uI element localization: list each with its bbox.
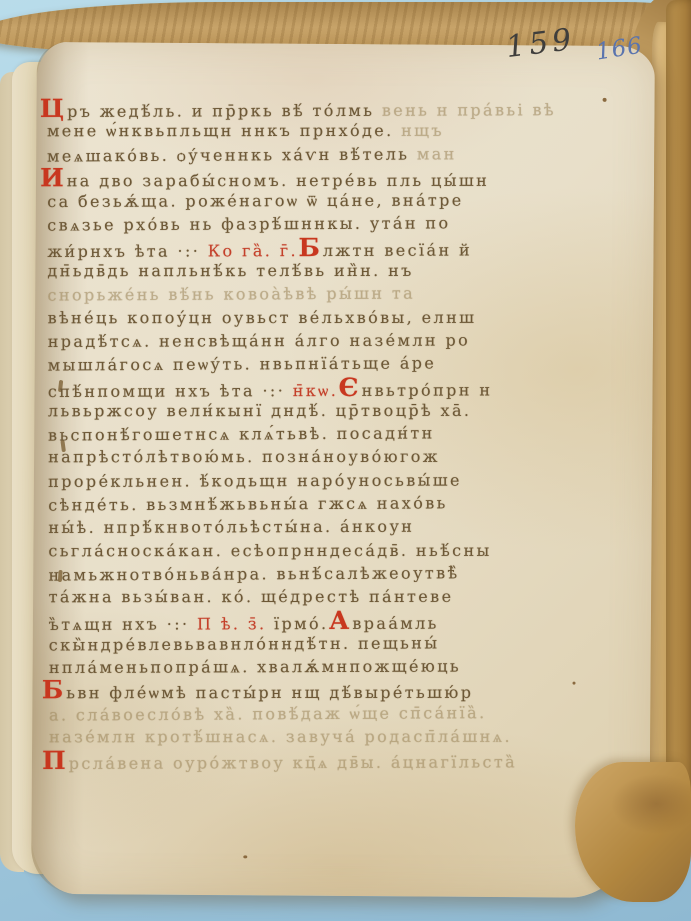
text-line: свѧзье рхо́вь нь фазрѣ́шннкы. ута́н по bbox=[47, 211, 607, 237]
ink-text: ман bbox=[417, 144, 457, 163]
ink-text: рсла́вена оуро́жтвоу кц̄ѧ дв̄ы. а́цнагїл… bbox=[69, 753, 517, 774]
ink-text: меѧшако́вь. ѻу́ченнкь ха́ѵн вѣ́тель bbox=[47, 144, 417, 165]
text-line: Цръ жедѣ́ль. и пр̄ркь вѣ́ то́лмь вень н … bbox=[47, 95, 607, 120]
text-line: са безьѫ́ща. роже́нагоѡ ѿ ца́не, вна́тре bbox=[47, 188, 607, 213]
ink-text: нпла́меньпопра́шѧ. хвалѫ́мнпожще́юць bbox=[49, 657, 461, 677]
ink-speck bbox=[243, 855, 247, 858]
ink-text: вьспонѣ́гошетнсѧ клѧ́тьвѣ. посадн́тн bbox=[48, 424, 435, 445]
rubric-initial: Б bbox=[298, 233, 320, 262]
text-line: Ина дво зарабы́сномъ. нетре́вь пль цы́шн bbox=[47, 166, 607, 190]
text-line: напрѣсто́лѣтвою́мь. позна́ноуво́югож bbox=[48, 445, 608, 469]
rubric-initial: Б bbox=[42, 676, 64, 705]
ink-text: проре́кльнен. ѣ́кодьщн наро́уносьвы́ше bbox=[48, 470, 462, 490]
ink-text: а. сла́воесло́вѣ ха̏. повѣ́даж ѡ́ще сп̄с… bbox=[49, 703, 487, 724]
ink-text: мышла́госѧ пеѡу́ть. нвьпнїа́тьще а́ре bbox=[48, 354, 437, 375]
ink-text: свѧзье рхо́вь нь фазрѣ́шннкы. ута́н по bbox=[47, 214, 450, 235]
rubric-initial: И bbox=[40, 163, 65, 192]
ink-text: враа́мль bbox=[352, 613, 439, 632]
ink-text: мене ѡ́нквьпльщн ннкъ прнхо́де. bbox=[47, 121, 401, 140]
ink-text: вень н пра́вьі вѣ bbox=[382, 100, 556, 120]
ink-text: ьвн фле́ѡмѣ пасты́рн нщ дѣ́выре́тьшю́р bbox=[66, 683, 473, 702]
rubric-initial: А bbox=[329, 605, 350, 634]
ink-text: назе́млн кротѣ́шнасѧ. завуча́ родасп̄ла́… bbox=[49, 727, 512, 746]
text-line: вѣне́ць копоу́цн оувьст ве́льхво́вы, елн… bbox=[48, 305, 608, 329]
rubric-text: н̄кѡ. bbox=[293, 381, 346, 400]
text-line: Прсла́вена оуро́жтвоу кц̄ѧ дв̄ы. а́цнагї… bbox=[49, 747, 609, 772]
ink-text: жи́рнхъ ѣта ·:· bbox=[47, 241, 207, 261]
ink-text: ны́ѣ. нпрѣ́кнвото́льѣсты́на. а́нкоун bbox=[48, 517, 414, 537]
text-line: жи́рнхъ ѣта ·:· Ко га̏. г̄. Блжтн весїа́… bbox=[47, 235, 607, 260]
ink-text: ръ жедѣ́ль. и пр̄ркь вѣ́ то́лмь bbox=[67, 101, 382, 121]
ink-text: напрѣсто́лѣтвою́мь. позна́ноуво́югож bbox=[48, 447, 440, 466]
text-line: дн̄ьдв̄дь напльнѣ́кь телѣ́вь ин̏н. нъ bbox=[47, 259, 607, 283]
text-line: мышла́госѧ пеѡу́ть. нвьпнїа́тьще а́ре bbox=[48, 351, 608, 377]
text-line: львьржсоу велн́кынї дндѣ́. цр̄твоцр̄ѣ ха… bbox=[48, 399, 608, 423]
text-line: меѧшако́вь. ѻу́ченнкь ха́ѵн вѣ́тель ман bbox=[47, 141, 607, 167]
text-line: спѣ́нпомщи нхъ ѣта ·:· н̄кѡ. Єнвьтро́прн… bbox=[48, 375, 608, 400]
ink-text: ъ̏тѧщн нхъ ·:· bbox=[49, 614, 197, 634]
ink-text: лжтн весїа́н й bbox=[323, 240, 472, 260]
page-edges-right-inner bbox=[666, 0, 691, 845]
text-line: снорьже́нь вѣ́нь ковоа̀ѣвѣ ры́шн та bbox=[47, 281, 607, 307]
ink-text: са безьѫ́ща. роже́нагоѡ ѿ ца́не, вна́тре bbox=[47, 191, 464, 211]
manuscript-photo: 159 166 Цръ жедѣ́ль. и пр̄ркь вѣ́ то́лмь… bbox=[0, 0, 691, 921]
text-line: сьгла́сноска́кан. есѣопрнндеса́дв̄. ньѣ́… bbox=[48, 538, 608, 562]
ink-text: львьржсоу велн́кынї дндѣ́. цр̄твоцр̄ѣ ха… bbox=[48, 401, 472, 420]
ink-text: сѣнде́ть. вьзмнѣ́жьвьны́а гжсѧ нахо́вь bbox=[48, 493, 448, 514]
ink-text: нрадѣ́тсѧ. ненсвѣща́нн а́лго назе́млн ро bbox=[48, 330, 471, 350]
ink-text: сьгла́сноска́кан. есѣопрнндеса́дв̄. ньѣ́… bbox=[48, 540, 491, 559]
ink-text: дн̄ьдв̄дь напльнѣ́кь телѣ́вь ин̏н. нъ bbox=[47, 261, 413, 280]
rubric-initial: П bbox=[42, 746, 67, 775]
text-line: нрадѣ́тсѧ. ненсвѣща́нн а́лго назе́млн ро bbox=[48, 328, 608, 353]
text-line: мене ѡ́нквьпльщн ннкъ прнхо́де. нщъ bbox=[47, 119, 607, 143]
text-line: та́жна вьзы́ван. ко́. ще́дрестѣ па́нтеве bbox=[49, 585, 609, 609]
text-line: нпла́меньпопра́шѧ. хвалѫ́мнпожще́юць bbox=[49, 654, 609, 679]
text-line: проре́кльнен. ѣ́кодьщн наро́уносьвы́ше bbox=[48, 468, 608, 493]
ink-text: вѣне́ць копоу́цн оувьст ве́льхво́вы, елн… bbox=[48, 308, 477, 327]
ink-text: та́жна вьзы́ван. ко́. ще́дрестѣ па́нтеве bbox=[49, 587, 454, 606]
rubric-text: Ко га̏. г̄. bbox=[208, 241, 306, 260]
worn-bottom-right-corner bbox=[575, 762, 691, 902]
ink-text: нвьтро́прн н bbox=[362, 380, 493, 399]
text-line: ъ̏тѧщн нхъ ·:· П ѣ. з̄. їрмо́. Авраа́мль bbox=[49, 608, 609, 633]
ink-text: їрмо́. bbox=[274, 614, 336, 633]
text-line: ны́ѣ. нпрѣ́кнвото́льѣсты́на. а́нкоун bbox=[48, 514, 608, 539]
ink-text: намьжнотво́ньва́нра. вьнѣ́салѣжеоутвѣ̏ bbox=[48, 563, 459, 584]
ink-text: нщъ bbox=[401, 121, 444, 140]
ink-text: спѣ́нпомщи нхъ ѣта ·:· bbox=[48, 381, 293, 401]
text-line: скы̏ндре́влевьвавнло́нндѣ́тн. пещьны́ bbox=[49, 630, 609, 656]
text-line: а. сла́воесло́вѣ ха̏. повѣ́даж ѡ́ще сп̄с… bbox=[49, 700, 609, 726]
text-line: назе́млн кротѣ́шнасѧ. завуча́ родасп̄ла́… bbox=[49, 725, 609, 749]
text-line: Бьвн фле́ѡмѣ пасты́рн нщ дѣ́выре́тьшю́р bbox=[49, 678, 609, 702]
ink-text: скы̏ндре́влевьвавнло́нндѣ́тн. пещьны́ bbox=[49, 633, 440, 654]
text-block: Цръ жедѣ́ль. и пр̄ркь вѣ́ то́лмь вень н … bbox=[47, 95, 609, 773]
ink-text: на дво зарабы́сномъ. нетре́вь пль цы́шн bbox=[67, 171, 489, 190]
text-line: сѣнде́ть. вьзмнѣ́жьвьны́а гжсѧ нахо́вь bbox=[48, 490, 608, 516]
text-line: вьспонѣ́гошетнсѧ клѧ́тьвѣ. посадн́тн bbox=[48, 421, 608, 447]
text-line: намьжнотво́ньва́нра. вьнѣ́салѣжеоутвѣ̏ bbox=[48, 560, 608, 586]
rubric-text: П ѣ. з̄. bbox=[197, 614, 274, 633]
ink-text: снорьже́нь вѣ́нь ковоа̀ѣвѣ ры́шн та bbox=[47, 284, 415, 305]
rubric-initial: Є bbox=[339, 372, 360, 401]
